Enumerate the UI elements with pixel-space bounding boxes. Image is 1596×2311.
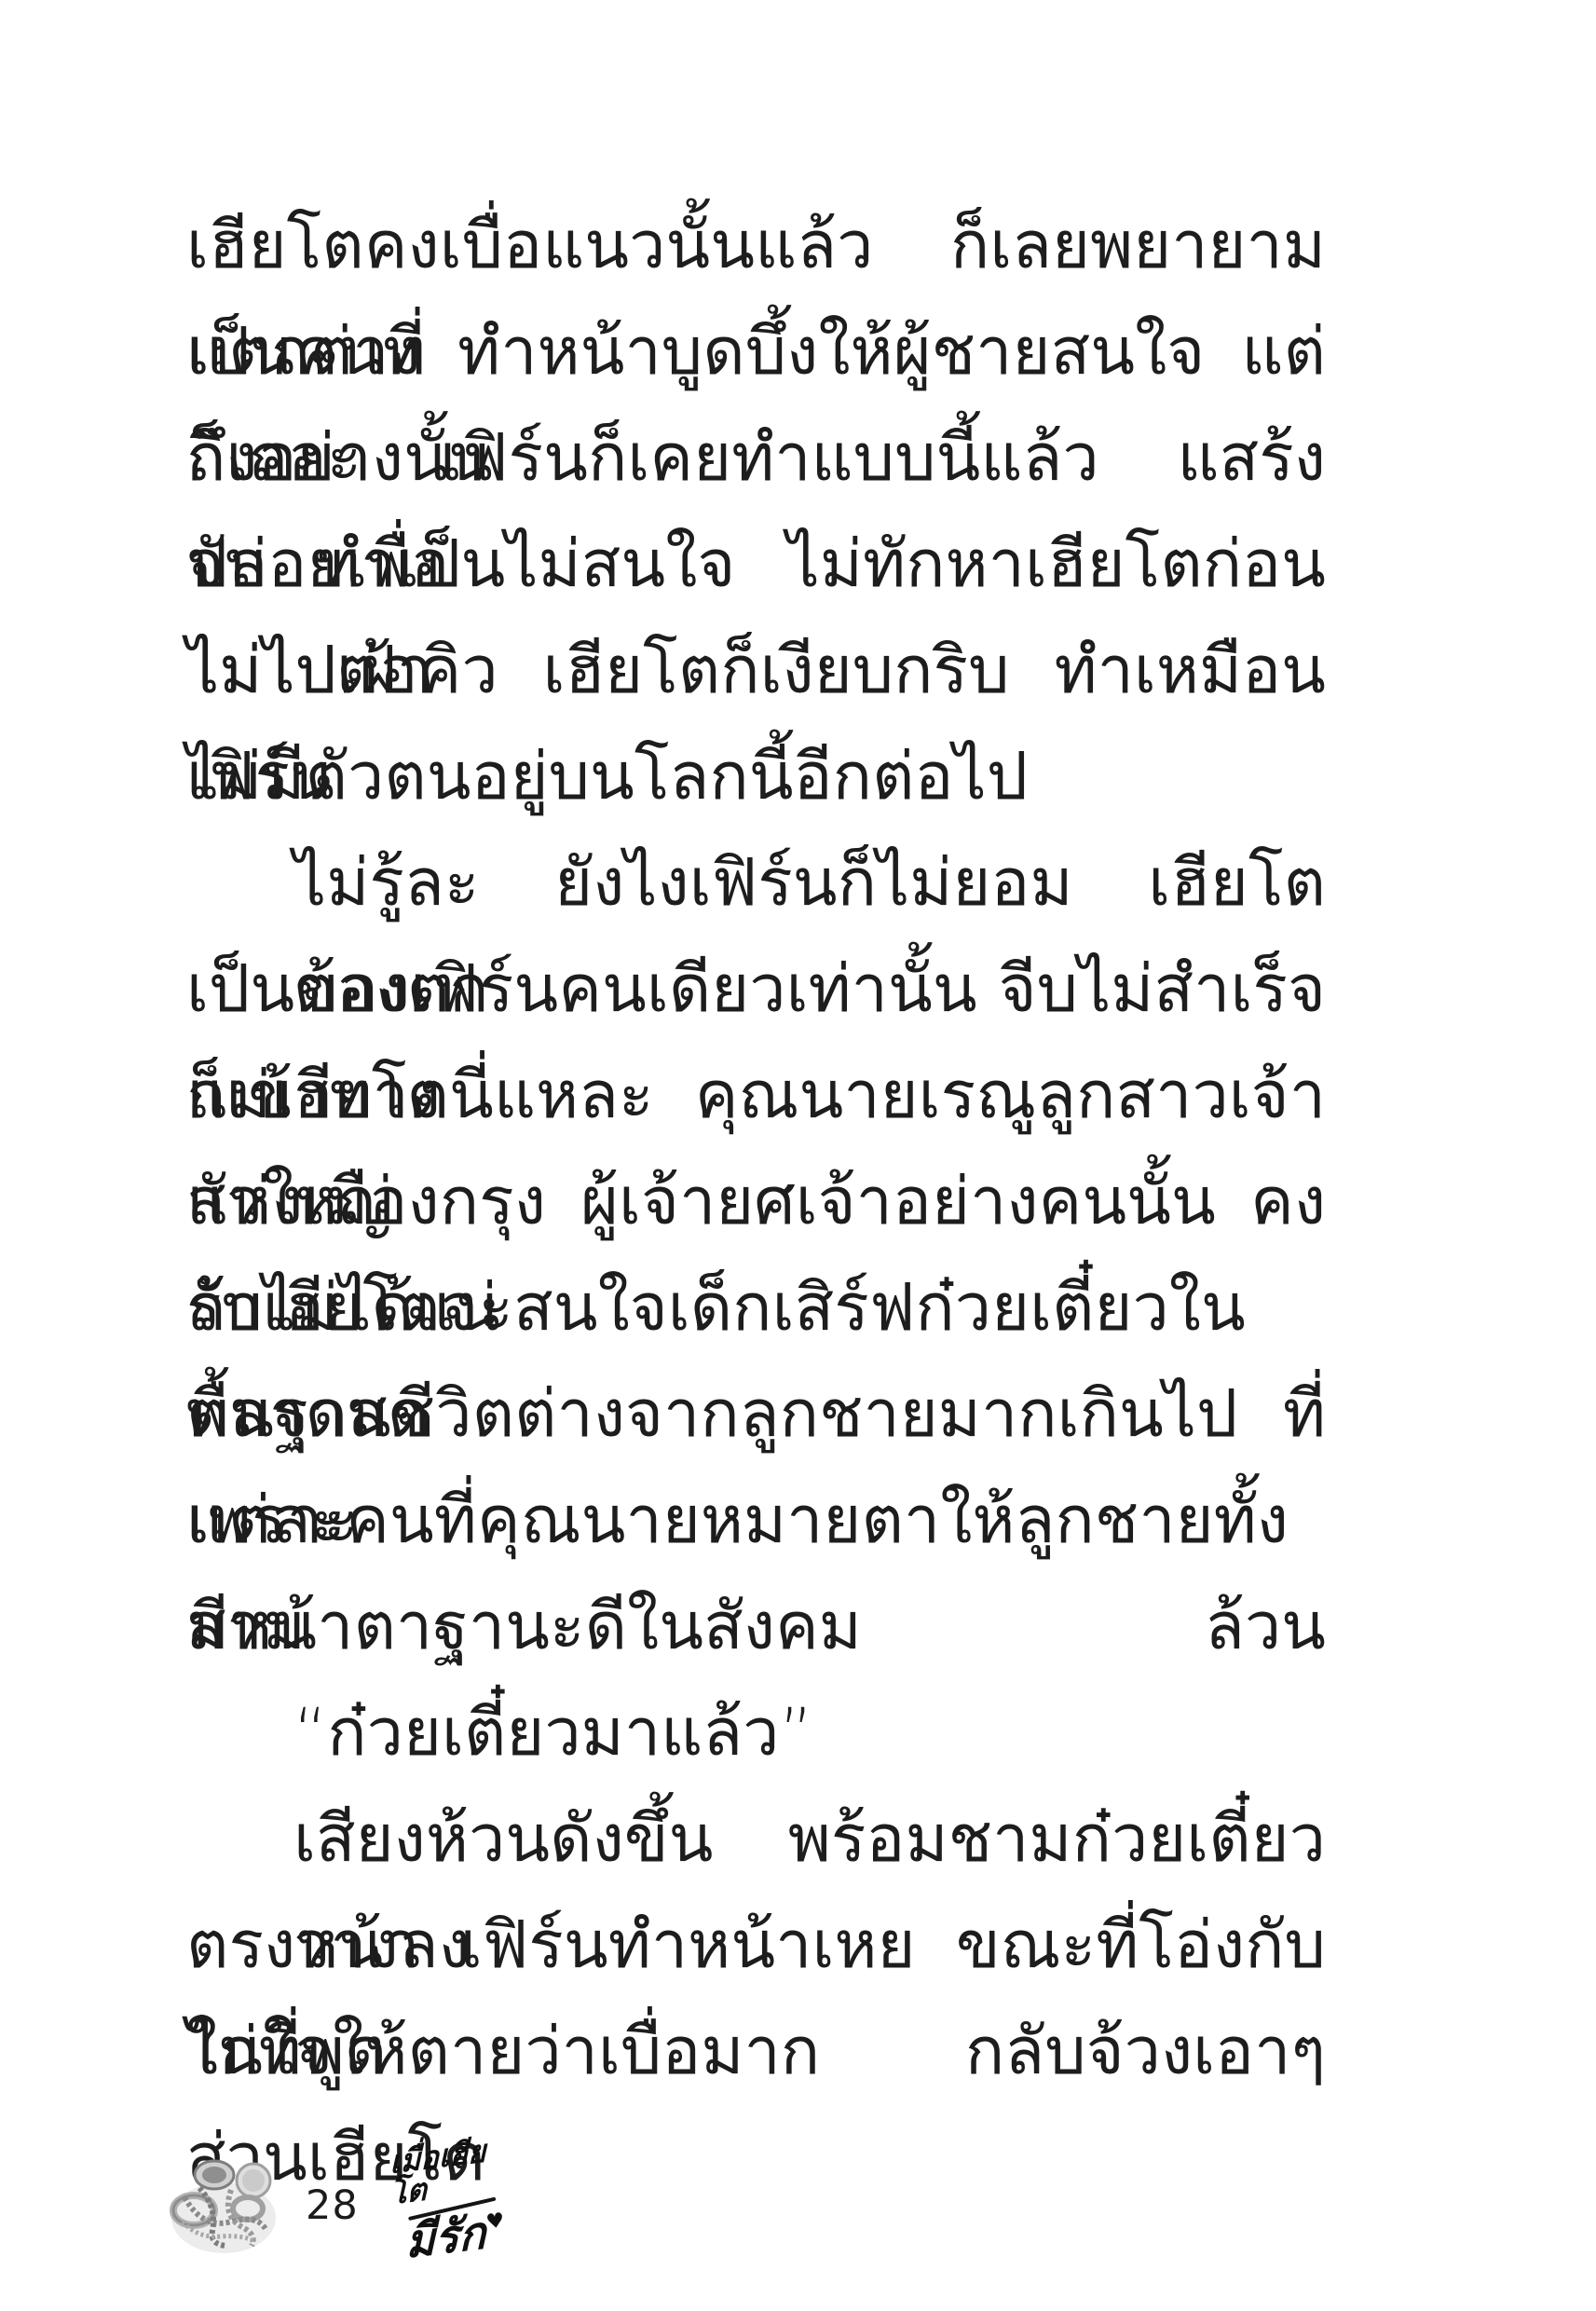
text-line: แม่เฮียโตนี่แหละ คุณนายเรณูลูกสาวเจ้าสัว… xyxy=(186,1042,1326,1148)
heart-icon: ♥ xyxy=(484,2209,506,2235)
body-text-block: เฮียโตคงเบื่อแนวนั้นแล้ว ก็เลยพยายามเป็น… xyxy=(186,192,1326,2104)
text-line: ตรงหน้า เฟิร์นทำหน้าเหย ขณะที่โอ่งกับไก่… xyxy=(186,1892,1326,1998)
text-line: ก็เถอะ เฟิร์นก็เคยทำแบบนี้แล้ว แสร้งปล่อ… xyxy=(186,404,1326,511)
text-line: ถ้าเฮียโตจะสนใจเด็กเสิร์ฟก๋วยเตี๋ยวในตลา… xyxy=(186,1254,1326,1361)
text-line: จับ ทำเป็นไม่สนใจ ไม่ทักหาเฮียโตก่อน ไม่… xyxy=(186,511,1326,617)
text-line: เฮียโตคงเบื่อแนวนั้นแล้ว ก็เลยพยายามเป็น… xyxy=(186,192,1326,298)
jewelry-pile-photo xyxy=(166,2141,285,2257)
text-line: เป็นของเฟิร์นคนเดียวเท่านั้น จีบไม่สำเร็… xyxy=(186,936,1326,1042)
dialogue-line: “ก๋วยเตี๋ยวมาแล้ว” xyxy=(186,1679,1326,1785)
text-line: แห่งเมืองกรุง ผู้เจ้ายศเจ้าอย่างคนนั้น ค… xyxy=(186,1148,1326,1254)
text-line: ไม่รู้ละ ยังไงเฟิร์นก็ไม่ยอม เฮียโตต้องต… xyxy=(186,829,1326,936)
text-line: แต่ละคนที่คุณนายหมายตาให้ลูกชายทั้งสาม ล… xyxy=(186,1467,1326,1573)
text-line: ไม่ไปต่อคิว เฮียโตก็เงียบกริบ ทำเหมือนเฟ… xyxy=(186,617,1326,723)
book-page: เฮียโตคงเบื่อแนวนั้นแล้ว ก็เลยพยายามเป็น… xyxy=(0,0,1596,2311)
text-line: ไม่มีตัวตนอยู่บนโลกนี้อีกต่อไป xyxy=(186,723,1326,829)
logo-title-line2: มีรัก xyxy=(405,2210,486,2265)
page-number: 28 xyxy=(306,2182,359,2229)
text-line: แตกต่าง ทำหน้าบูดบึ้งให้ผู้ชายสนใจ แต่ถึ… xyxy=(186,298,1326,404)
text-line: พื้นฐานชีวิตต่างจากลูกชายมากเกินไป เพราะ xyxy=(186,1361,1326,1467)
book-title-logo: เมื่อเฮียโต มีรัก♥ xyxy=(387,2133,522,2266)
text-line: ในใจให้ตายว่าเบื่อมาก กลับจ้วงเอาๆ ส่วนเ… xyxy=(186,1998,1326,2104)
text-line: เสียงห้วนดังขึ้น พร้อมชามก๋วยเตี๋ยววางลง xyxy=(186,1785,1326,1892)
